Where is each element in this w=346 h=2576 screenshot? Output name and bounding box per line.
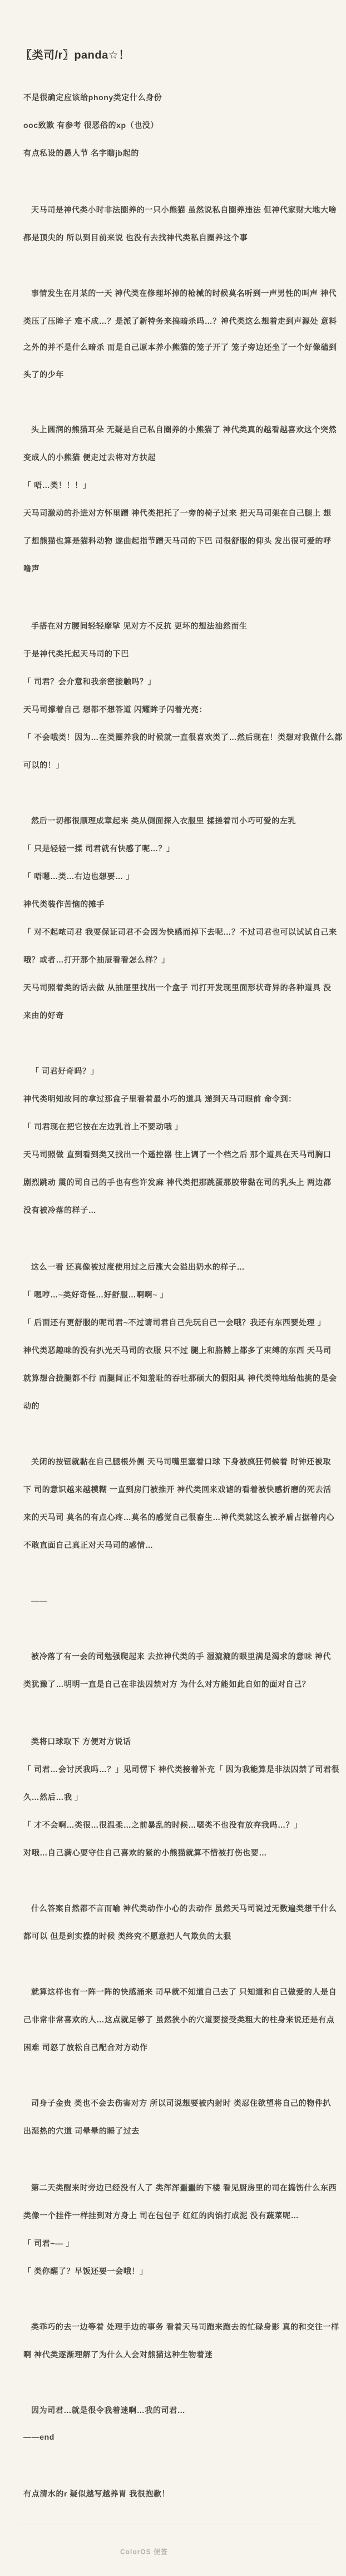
story-line: 变成人的小熊猫 便走过去将对方扶起 <box>23 452 156 463</box>
story-line: 神代类明知故问的拿过那盒子里看着最小巧的道具 递到天马司眼前 命令到： <box>23 1093 296 1104</box>
story-line: 什么答案自然都不言而喻 神代类动作小心的去动作 虽然天马司说过无数遍类想干什么 <box>31 1903 337 1914</box>
story-line: 「 司君…会讨厌我吗…？」见司愣下 神代类接着补充「 因为我能算是非法囚禁了司君… <box>23 1764 339 1775</box>
story-line: 啊 神代类逐渐理解了为什么人会对熊猫这种生物着迷 <box>23 2349 212 2360</box>
story-line: 「 类你醒了？早饭还要一会哦！」 <box>23 2266 148 2277</box>
note-page: 〖类司/r〗panda☆！ 不是很确定应该给phony类定什么身份ooc致歉 有… <box>0 0 346 2576</box>
footer-divider <box>19 2524 323 2524</box>
story-line: 事情发生在月某的一天 神代类在修理坏掉的枪械的时候莫名听到一声男性的叫声 神代 <box>31 288 337 299</box>
story-line: 天马司照做 直到看到类又找出一个遥控器 往上调了一个档之后 那个道具在天马司胸口 <box>23 1149 332 1160</box>
story-line: 噜声 <box>23 563 39 574</box>
story-line: 头上圆润的熊猫耳朵 无疑是自己私自圈养的小熊猫了 神代类真的越看越喜欢这个突然 <box>31 424 337 435</box>
story-line: 有点清水的r 疑似越写越养胃 我很抱歉！ <box>23 2488 170 2499</box>
story-line: 被冷落了有一会的司勉强爬起来 去拉神代类的手 湿漉漉的眼里满是渴求的意味 神代 <box>31 1651 331 1662</box>
story-line: 「 不会哦类！因为…在类圈养我的时候就一直很喜欢类了…然后现在！类想对我做什么都 <box>23 732 343 743</box>
story-line: 动的 <box>23 1400 39 1412</box>
story-line: ——end <box>23 2432 55 2441</box>
coloros-watermark: ColorOS 便签 <box>120 2547 168 2557</box>
story-line: ooc致歉 有参考 很恶俗的xp（也没） <box>23 120 159 131</box>
story-line: 有点私设的愚人节 名字瞎jb起的 <box>23 147 139 159</box>
story-line: 己非常非常喜欢的人…这点就足够了 虽然狭小的穴道要接受类粗大的柱身来说还是有点 <box>23 2014 334 2025</box>
story-line: 「 只是轻轻一揉 司君就有快感了呢…？」 <box>23 843 175 854</box>
story-line: 「 嗯哼…~类好奇怪…好舒服…啊啊~ 」 <box>23 1289 168 1300</box>
story-line: 天马司激动的扑进对方怀里蹭 神代类把托了一旁的椅子过来 把天马司架在自己腿上 想 <box>23 507 332 519</box>
story-line: 天马司撑着自己 想都不想答道 闪耀眸子闪着光亮： <box>23 704 207 715</box>
story-line: 「 司君好奇吗？」 <box>31 1065 98 1077</box>
story-line: 类犹豫了…明明一直是自己在非法囚禁对方 为什么对方能如此自如的面对自己？ <box>23 1679 310 1690</box>
story-line: 这么一看 还真像被过度使用过之后涨大会溢出奶水的样子… <box>31 1261 245 1272</box>
story-line: 神代类恶趣味的没有扒光天马司的衣服 只不过 腿上和胳膊上都多了束缚的东西 天马司 <box>23 1345 332 1356</box>
story-line: 「 司君现在把它按在左边乳首上不要动哦 」 <box>23 1121 182 1132</box>
story-line: 「 唔…类！！！」 <box>23 480 91 491</box>
story-line: 类将口球取下 方便对方说话 <box>31 1736 131 1747</box>
story-line: 出湿热的穴道 司晕晕的睡了过去 <box>23 2125 140 2136</box>
note-title: 〖类司/r〗panda☆！ <box>21 46 130 62</box>
story-line: 手搭在对方腰间轻轻摩挲 见对方不反抗 更坏的想法油然而生 <box>31 620 248 631</box>
story-line: 没有被冷落的样子… <box>23 1205 96 1216</box>
story-line: 神代类装作苦恼的摊手 <box>23 899 105 910</box>
story-line: 「 才不会啊…类很…很温柔…之前暴乱的时候…嗯类不也没有放弃我吗…？」 <box>23 1819 302 1830</box>
story-line: 「 对不起哝司君 我要保证司君不会因为快感而掉下去呢…？不过司君也可以试试自己来 <box>23 926 337 937</box>
story-line: 然后一切都很顺理成章起来 类从侧面探入衣服里 揉搓着司小巧可爱的左乳 <box>31 815 296 826</box>
story-line: 司身子金贵 类也不会去伤害对方 所以司说想要被内射时 类忍住欲望将自己的物件扒 <box>31 2098 331 2109</box>
story-line: 于是神代类托起天马司的下巴 <box>23 648 129 659</box>
story-line: 关闭的按钮就黏在自己腿根外侧 天马司嘴里塞着口球 下身被疯狂伺候着 时钟还被取 <box>31 1456 331 1467</box>
story-line: 「 唔嗯…类…右边也想要… 」 <box>23 871 134 882</box>
story-line: 都是顶尖的 所以到目前来说 也没有去找神代类私自圈养这个事 <box>23 232 248 243</box>
story-line: 下 司的意识越来越模糊 一直到房门被推开 神代类回来戏谑的看着被快感折磨的死去活 <box>23 1484 332 1495</box>
story-line: 头了的少年 <box>23 369 64 380</box>
story-line: 「 司君？会介意和我亲密接触吗？」 <box>23 676 156 687</box>
story-line: 不是很确定应该给phony类定什么身份 <box>23 92 162 103</box>
story-line: 类乖巧的去一边等着 处理手边的事务 看着天马司跑来跑去的忙碌身影 真的和交往一样 <box>31 2321 339 2332</box>
story-line: —— <box>31 1596 47 1605</box>
story-line: 不敢直面自己真正对天马司的感情… <box>23 1539 154 1551</box>
story-line: 第二天类醒来时旁边已经没有人了 类浑浑噩噩的下楼 看见厨房里的司在捣饬什么东西 <box>31 2182 337 2193</box>
story-line: 「 司君~— 」 <box>23 2238 74 2249</box>
story-line: 类压了压眸子 难不成…？是派了新特务来搞暗杀吗…？神代类这么想着走到声源处 意料 <box>23 315 337 327</box>
story-line: 类像一个挂件一样挂到对方身上 司在包包子 红红的肉馅打成泥 没有蔬菜呢… <box>23 2210 299 2221</box>
story-line: 因为司君…就是很令我着迷啊…我的司君… <box>31 2405 185 2416</box>
story-line: 之外的并不是什么暗杀 而是自己原本养小熊猫的笼子开了 笼子旁边还坐了一个好像磕到 <box>23 342 337 353</box>
story-line: 可以的！」 <box>23 759 64 771</box>
story-line: 哦？或者…打开那个抽屉看看怎么样？」 <box>23 954 170 965</box>
story-line: 剧烈跳动 震的司自己的手也有些许发麻 神代类把那跳蛋那胶带黏在司的乳头上 两边都 <box>23 1177 332 1188</box>
story-line: 来由的好奇 <box>23 1010 64 1021</box>
story-line: 天马司是神代类小时非法圈养的一只小熊猫 虽然说私自圈养违法 但神代家财大地大啥 <box>31 204 337 215</box>
story-line: 就算这样也有一阵一阵的快感涌来 司早就不知道自己去了 只知道和自己做爱的人是自 <box>31 1986 337 1997</box>
story-line: 对哦…自己满心要守住自己喜欢的紧的小熊猫就算不惜被打伤也要… <box>23 1847 267 1858</box>
story-line: 都可以 但是到实操的时候 类终究不愿意把人气欺负的太狠 <box>23 1931 231 1942</box>
story-line: 了想熊猫也算是猫科动物 遂曲起指节蹭天马司的下巴 司很舒服的仰头 发出很可爱的呼 <box>23 535 332 546</box>
story-line: 久…然后…我 」 <box>23 1792 83 1803</box>
story-line: 天马司照着类的话去做 从抽屉里找出一个盒子 司打开发现里面形状奇异的各种道具 没 <box>23 982 332 993</box>
story-line: 就算想合拢腿都不行 而腿间正不知羞耻的吞吐那硕大的假阳具 神代类特地给他挑的是会 <box>23 1373 337 1384</box>
story-line: 「 后面还有更舒服的呢司君~不过请司君自己先玩自己一会哦？我还有东西要处理 」 <box>23 1317 325 1328</box>
story-line: 来的天马司 莫名的有点心疼…莫名的感觉自己很畜生…神代类就这么被矛盾占据着内心 <box>23 1512 334 1523</box>
story-line: 困难 司怒了放松自己配合对方动作 <box>23 2042 148 2053</box>
